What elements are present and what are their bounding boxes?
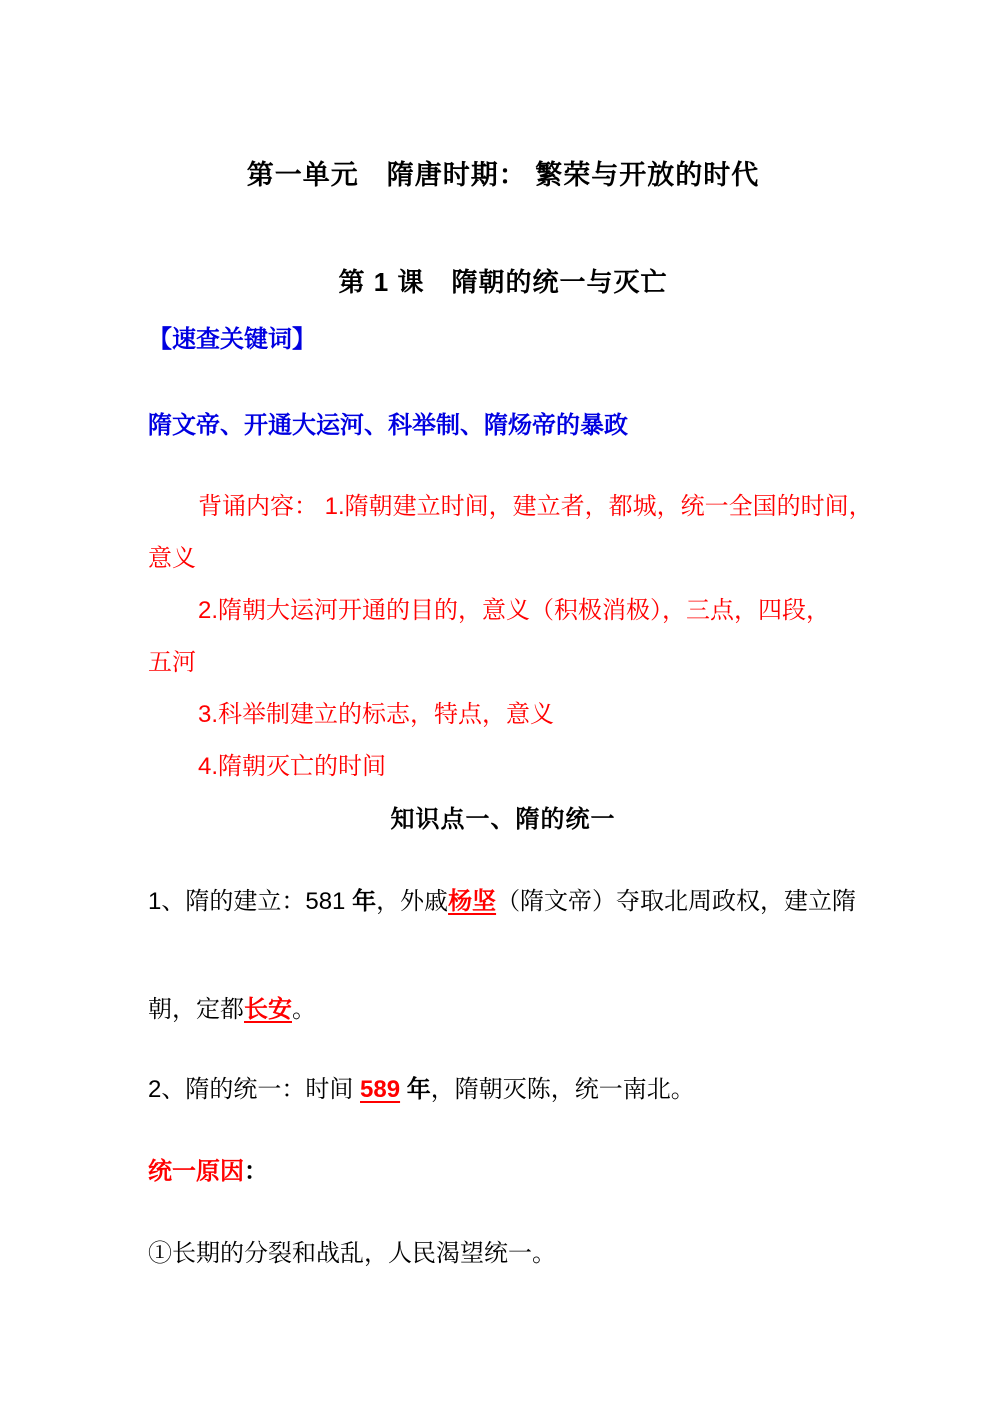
bold-year-segment: 年 xyxy=(352,888,376,915)
highlight-yangjian: 杨坚 xyxy=(448,888,496,915)
recite-line-4: 五河 xyxy=(148,637,858,689)
text-segment: 。 xyxy=(292,996,316,1023)
recite-line-3: 2.隋朝大运河开通的目的，意义（积极消极），三点，四段， xyxy=(148,585,858,637)
unification-reason-heading: 统一原因： xyxy=(148,1158,858,1186)
highlight-changan: 长安 xyxy=(244,996,292,1023)
keywords-label: 【速查关键词】 xyxy=(148,326,858,353)
text-segment: 朝，定都 xyxy=(148,996,244,1023)
lesson-title: 第 1 课 隋朝的统一与灭亡 xyxy=(148,268,858,297)
unit-title: 第一单元 隋唐时期： 繁荣与开放的时代 xyxy=(148,160,858,190)
knowledge-point-1-body: 1、隋的建立：581 年，外戚杨坚（隋文帝）夺取北周政权，建立隋 朝，定都长安。… xyxy=(148,888,858,1268)
text-segment: ，外戚 xyxy=(376,888,448,915)
reason-item-1: ①长期的分裂和战乱，人民渴望统一。 xyxy=(148,1240,858,1268)
text-segment: ，隋朝灭陈，统一南北。 xyxy=(431,1076,695,1103)
highlight-589: 589 xyxy=(360,1076,400,1103)
section-title-knowledge-point-1: 知识点一、隋的统一 xyxy=(148,806,858,833)
keywords-list: 隋文帝、开通大运河、科举制、隋炀帝的暴政 xyxy=(148,412,858,439)
paragraph-sui-unification: 2、隋的统一：时间 589 年，隋朝灭陈，统一南北。 xyxy=(148,1076,858,1104)
recite-line-6: 4.隋朝灭亡的时间 xyxy=(148,741,858,793)
bold-year-segment: 年 xyxy=(407,1076,431,1103)
text-segment xyxy=(400,1076,407,1103)
recite-line-5: 3.科举制建立的标志，特点，意义 xyxy=(148,689,858,741)
text-segment: （隋文帝）夺取北周政权，建立隋 xyxy=(496,888,856,915)
paragraph-sui-founding-line-1: 1、隋的建立：581 年，外戚杨坚（隋文帝）夺取北周政权，建立隋 xyxy=(148,888,858,916)
reason-heading-colon: ： xyxy=(244,1158,268,1185)
text-segment: 1、隋的建立：581 xyxy=(148,888,352,915)
recite-line-2: 意义 xyxy=(148,533,858,585)
paragraph-sui-founding-line-2: 朝，定都长安。 xyxy=(148,996,858,1024)
text-segment: 2、隋的统一：时间 xyxy=(148,1076,360,1103)
document-page: 第一单元 隋唐时期： 繁荣与开放的时代 第 1 课 隋朝的统一与灭亡 【速查关键… xyxy=(0,0,1000,1415)
reason-heading-text: 统一原因 xyxy=(148,1158,244,1185)
recite-block: 背诵内容： 1.隋朝建立时间，建立者，都城，统一全国的时间， 意义 2.隋朝大运… xyxy=(148,481,858,793)
recite-line-1: 背诵内容： 1.隋朝建立时间，建立者，都城，统一全国的时间， xyxy=(148,481,858,533)
